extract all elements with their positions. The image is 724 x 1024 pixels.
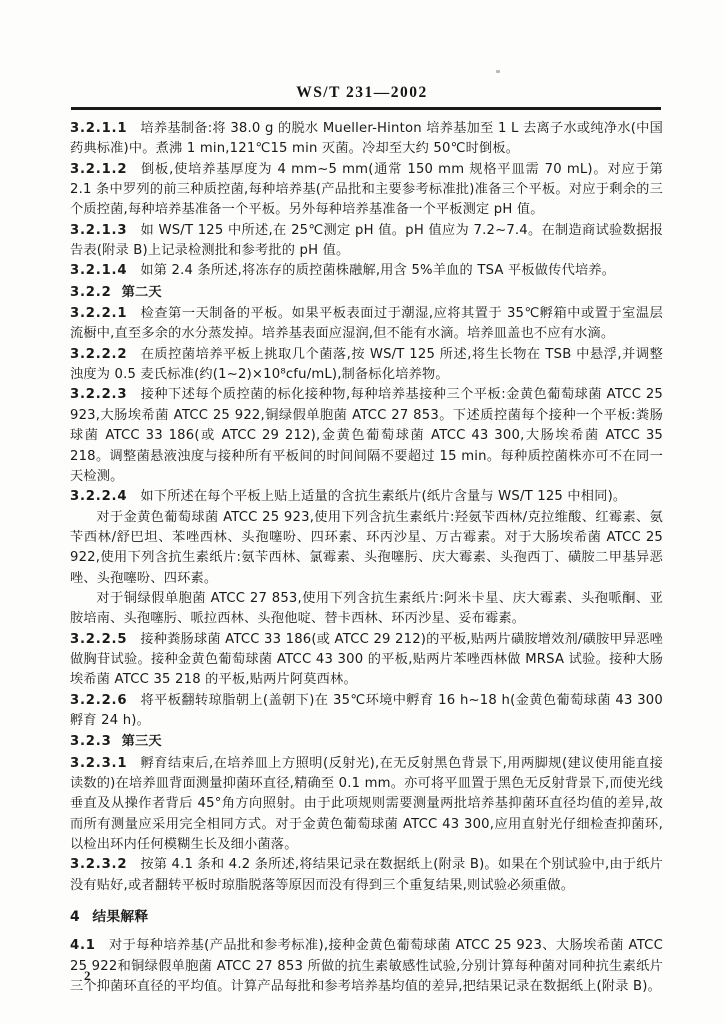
paragraph: 3.2.2.3接种下述每个质控菌的标化接种物,每种培养基接种三个平板:金黄色葡萄… [70, 385, 663, 487]
paragraph: 4.1对于每种培养基(产品批和参考标准),接种金黄色葡萄球菌 ATCC 25 9… [70, 936, 663, 997]
clause-number: 3.2.2.3 [70, 387, 140, 402]
clause-number: 3.2.1.3 [70, 223, 140, 238]
paragraph: 对于金黄色葡萄球菌 ATCC 25 923,使用下列含抗生素纸片:羟氨苄西林/克… [70, 508, 663, 589]
scan-speck [496, 70, 500, 73]
document-body: 3.2.1.1培养基制备:将 38.0 g 的脱水 Mueller-Hinton… [70, 119, 663, 997]
paragraph: 3.2.1.2倒板,使培养基厚度为 4 mm~5 mm(通常 150 mm 规格… [70, 160, 663, 221]
paragraph: 3.2.2.6将平板翻转琼脂朝上(盖朝下)在 35℃环境中孵育 16 h~18 … [70, 691, 663, 732]
paragraph-text: 倒板,使培养基厚度为 4 mm~5 mm(通常 150 mm 规格平皿需 70 … [70, 162, 663, 218]
clause-number: 3.2.3 [70, 734, 122, 749]
paragraph-text: 按第 4.1 条和 4.2 条所述,将结果记录在数据纸上(附录 B)。如果在个别… [70, 857, 663, 892]
paragraph: 3.2.2.2在质控菌培养平板上挑取几个菌落,按 WS/T 125 所述,将生长… [70, 345, 663, 386]
clause-number: 3.2.2.5 [70, 632, 140, 647]
clause-number: 3.2.2.1 [70, 306, 140, 321]
paragraph-text: 如 WS/T 125 中所述,在 25℃测定 pH 值。pH 值应为 7.2~7… [70, 223, 663, 258]
paragraph: 3.2.2.5接种粪肠球菌 ATCC 33 186(或 ATCC 29 212)… [70, 630, 663, 691]
standard-number-header: WS/T 231—2002 [0, 84, 724, 102]
clause-number: 3.2.1.4 [70, 263, 140, 278]
page-number: 2 [84, 968, 91, 984]
clause-number: 3.2.2 [70, 285, 122, 300]
section-heading: 4结果解释 [70, 907, 663, 927]
section-heading: 3.2.3第三天 [70, 732, 663, 752]
paragraph-text: 孵育结束后,在培养皿上方照明(反射光),在无反射黑色背景下,用两脚规(建议使用能… [70, 756, 663, 852]
clause-number: 3.2.3.1 [70, 756, 140, 771]
paragraph-text: 结果解释 [92, 909, 148, 925]
section-heading: 3.2.2第二天 [70, 283, 663, 303]
paragraph-text: 在质控菌培养平板上挑取几个菌落,按 WS/T 125 所述,将生长物在 TSB … [70, 347, 663, 382]
clause-number: 3.2.2.6 [70, 693, 140, 708]
paragraph-text: 检查第一天制备的平板。如果平板表面过于潮湿,应将其置于 35℃孵箱中或置于室温层… [70, 306, 663, 341]
document-page: WS/T 231—2002 3.2.1.1培养基制备:将 38.0 g 的脱水 … [0, 0, 724, 1024]
clause-number: 3.2.2.2 [70, 347, 140, 362]
paragraph-text: 第二天 [122, 285, 162, 300]
clause-number: 3.2.1.1 [70, 121, 140, 136]
paragraph-text: 接种粪肠球菌 ATCC 33 186(或 ATCC 29 212)的平板,贴两片… [70, 632, 663, 688]
clause-number: 3.2.3.2 [70, 857, 140, 872]
scan-speck [519, 456, 522, 458]
paragraph: 3.2.1.1培养基制备:将 38.0 g 的脱水 Mueller-Hinton… [70, 119, 663, 160]
paragraph-text: 培养基制备:将 38.0 g 的脱水 Mueller-Hinton 培养基加至 … [70, 121, 663, 156]
clause-number: 4 [70, 909, 92, 925]
paragraph-text: 如第 2.4 条所述,将冻存的质控菌株融解,用含 5%羊血的 TSA 平板做传代… [140, 263, 615, 278]
paragraph-text: 如下所述在每个平板上贴上适量的含抗生素纸片(纸片含量与 WS/T 125 中相同… [140, 489, 626, 504]
paragraph: 3.2.1.4如第 2.4 条所述,将冻存的质控菌株融解,用含 5%羊血的 TS… [70, 261, 663, 281]
header-rule [71, 107, 661, 110]
paragraph-text: 将平板翻转琼脂朝上(盖朝下)在 35℃环境中孵育 16 h~18 h(金黄色葡萄… [70, 693, 663, 728]
paragraph-text: 对于每种培养基(产品批和参考标准),接种金黄色葡萄球菌 ATCC 25 923、… [70, 938, 663, 994]
paragraph: 3.2.3.2按第 4.1 条和 4.2 条所述,将结果记录在数据纸上(附录 B… [70, 855, 663, 896]
paragraph-text: 接种下述每个质控菌的标化接种物,每种培养基接种三个平板:金黄色葡萄球菌 ATCC… [70, 387, 663, 483]
paragraph: 3.2.2.4如下所述在每个平板上贴上适量的含抗生素纸片(纸片含量与 WS/T … [70, 487, 663, 507]
paragraph: 对于铜绿假单胞菌 ATCC 27 853,使用下列含抗生素纸片:阿米卡星、庆大霉… [70, 589, 663, 630]
paragraph: 3.2.1.3如 WS/T 125 中所述,在 25℃测定 pH 值。pH 值应… [70, 221, 663, 262]
paragraph-text: 对于金黄色葡萄球菌 ATCC 25 923,使用下列含抗生素纸片:羟氨苄西林/克… [70, 510, 663, 586]
paragraph: 3.2.3.1孵育结束后,在培养皿上方照明(反射光),在无反射黑色背景下,用两脚… [70, 754, 663, 856]
paragraph-text: 第三天 [122, 734, 162, 749]
clause-number: 3.2.2.4 [70, 489, 140, 504]
clause-number: 4.1 [70, 938, 109, 953]
paragraph-text: 对于铜绿假单胞菌 ATCC 27 853,使用下列含抗生素纸片:阿米卡星、庆大霉… [70, 591, 663, 626]
paragraph: 3.2.2.1检查第一天制备的平板。如果平板表面过于潮湿,应将其置于 35℃孵箱… [70, 304, 663, 345]
clause-number: 3.2.1.2 [70, 162, 140, 177]
